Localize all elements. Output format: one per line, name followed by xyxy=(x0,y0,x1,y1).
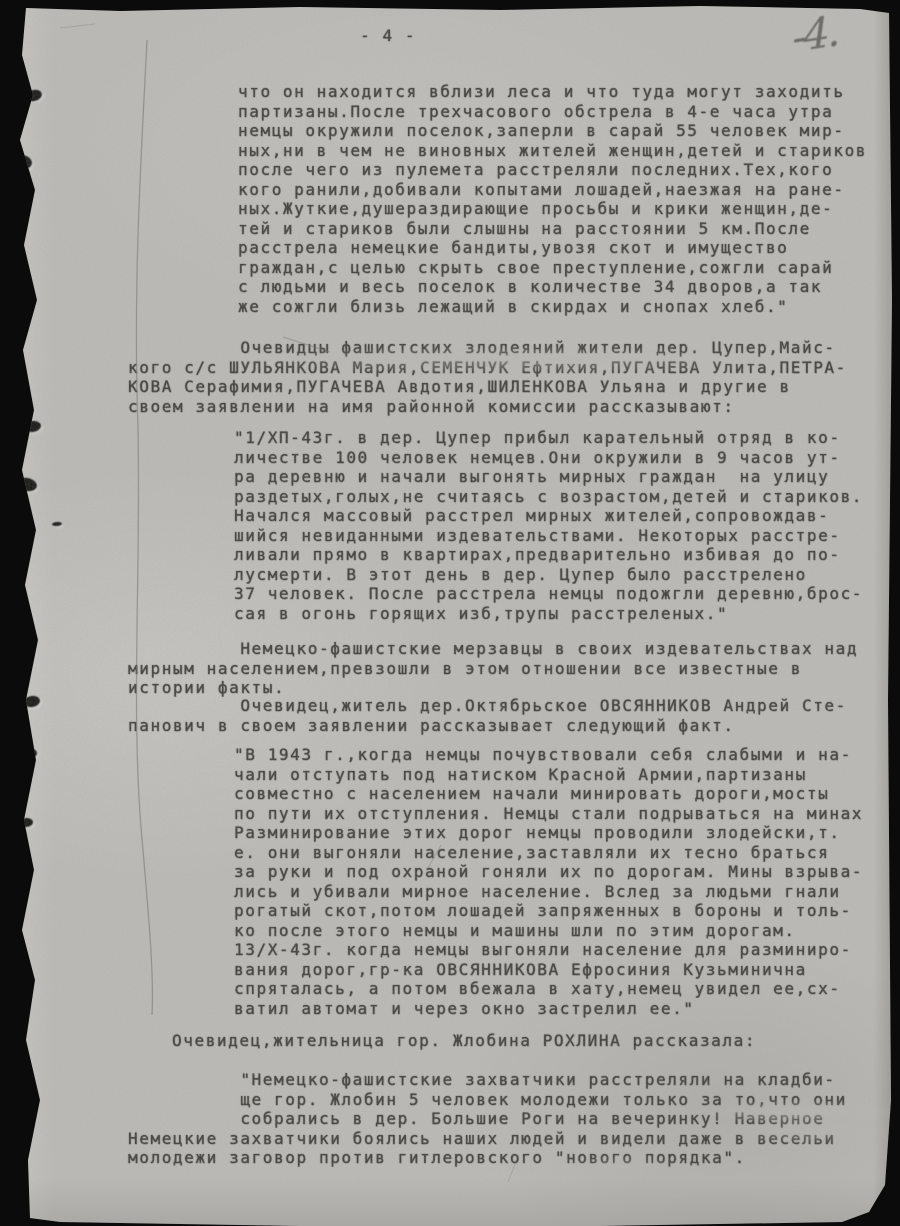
photo-background: - 4 - -4. что он находится вблизи леса и… xyxy=(0,0,900,1226)
paper-crease-marks xyxy=(0,0,900,1226)
paper-hole xyxy=(23,747,38,758)
document-page: - 4 - -4. что он находится вблизи леса и… xyxy=(0,0,900,1226)
